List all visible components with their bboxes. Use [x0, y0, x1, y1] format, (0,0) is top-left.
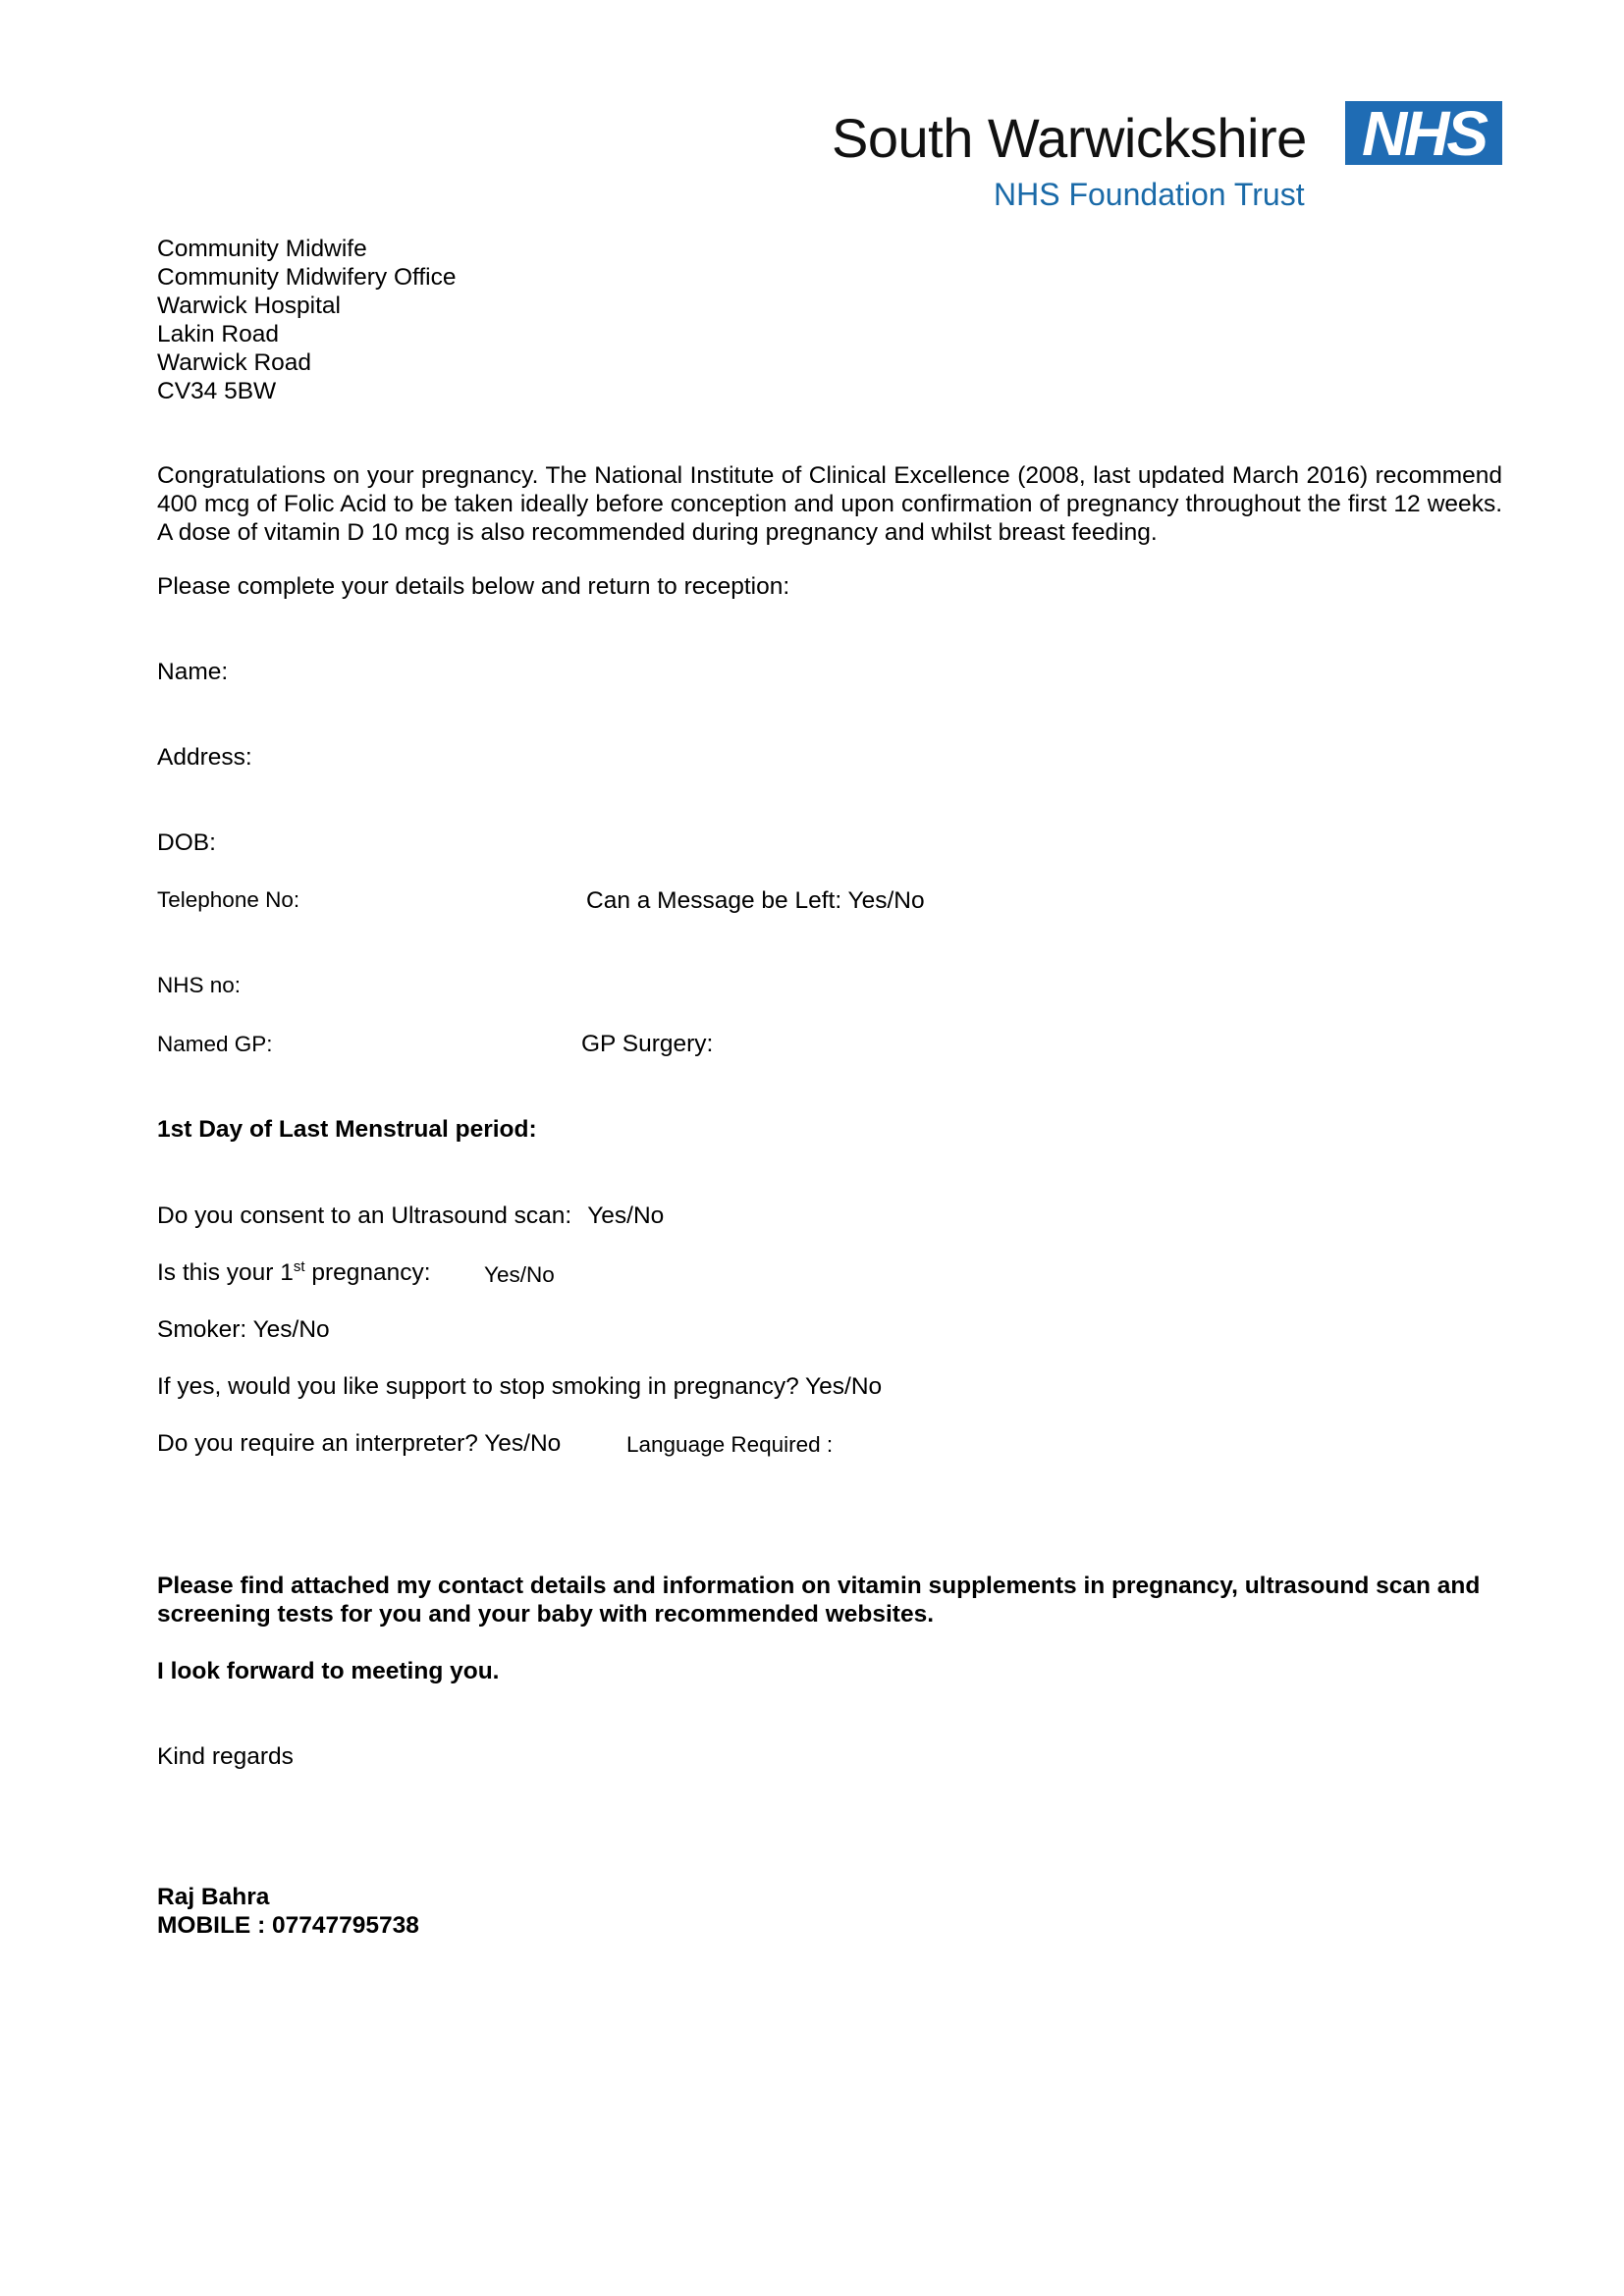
address-line: CV34 5BW: [157, 377, 457, 405]
language-required-label: Language Required :: [626, 1430, 833, 1459]
first-pregnancy-sup: st: [294, 1258, 305, 1275]
lmp-field-label: 1st Day of Last Menstrual period:: [157, 1115, 537, 1144]
telephone-field-label: Telephone No:: [157, 885, 299, 914]
address-line: Lakin Road: [157, 320, 457, 348]
ultrasound-consent-label: Do you consent to an Ultrasound scan:Yes…: [157, 1201, 664, 1230]
ultrasound-question: Do you consent to an Ultrasound scan:: [157, 1202, 571, 1229]
sign-off: Kind regards: [157, 1742, 294, 1771]
smoker-label: Smoker: Yes/No: [157, 1315, 330, 1344]
interpreter-label: Do you require an interpreter? Yes/No: [157, 1429, 561, 1458]
nhs-logo-text: NHS: [1345, 99, 1502, 168]
signatory-name: Raj Bahra: [157, 1883, 269, 1911]
address-line: Community Midwife: [157, 235, 457, 263]
look-forward-text: I look forward to meeting you.: [157, 1657, 499, 1685]
message-left-field-label: Can a Message be Left: Yes/No: [586, 886, 925, 915]
address-line: Warwick Road: [157, 348, 457, 377]
first-pregnancy-options: Yes/No: [484, 1260, 555, 1289]
instruction-text: Please complete your details below and r…: [157, 572, 789, 601]
first-pregnancy-suffix: pregnancy:: [305, 1259, 431, 1286]
address-line: Warwick Hospital: [157, 292, 457, 320]
organisation-subtitle: NHS Foundation Trust: [994, 175, 1305, 214]
named-gp-field-label: Named GP:: [157, 1030, 273, 1058]
first-pregnancy-label: Is this your 1st pregnancy:: [157, 1258, 431, 1287]
dob-field-label: DOB:: [157, 828, 216, 857]
sender-address: Community Midwife Community Midwifery Of…: [157, 235, 457, 405]
name-field-label: Name:: [157, 658, 228, 686]
nhs-number-field-label: NHS no:: [157, 971, 241, 999]
stop-smoking-support-label: If yes, would you like support to stop s…: [157, 1372, 882, 1401]
signatory-mobile: MOBILE : 07747795738: [157, 1911, 419, 1940]
address-line: Community Midwifery Office: [157, 263, 457, 292]
first-pregnancy-prefix: Is this your 1: [157, 1259, 294, 1286]
address-field-label: Address:: [157, 743, 252, 772]
gp-surgery-field-label: GP Surgery:: [581, 1030, 713, 1058]
attachment-note: Please find attached my contact details …: [157, 1572, 1502, 1629]
ultrasound-options: Yes/No: [587, 1202, 664, 1229]
intro-paragraph: Congratulations on your pregnancy. The N…: [157, 461, 1502, 547]
organisation-name: South Warwickshire: [832, 106, 1307, 171]
nhs-logo-icon: NHS: [1345, 101, 1502, 165]
